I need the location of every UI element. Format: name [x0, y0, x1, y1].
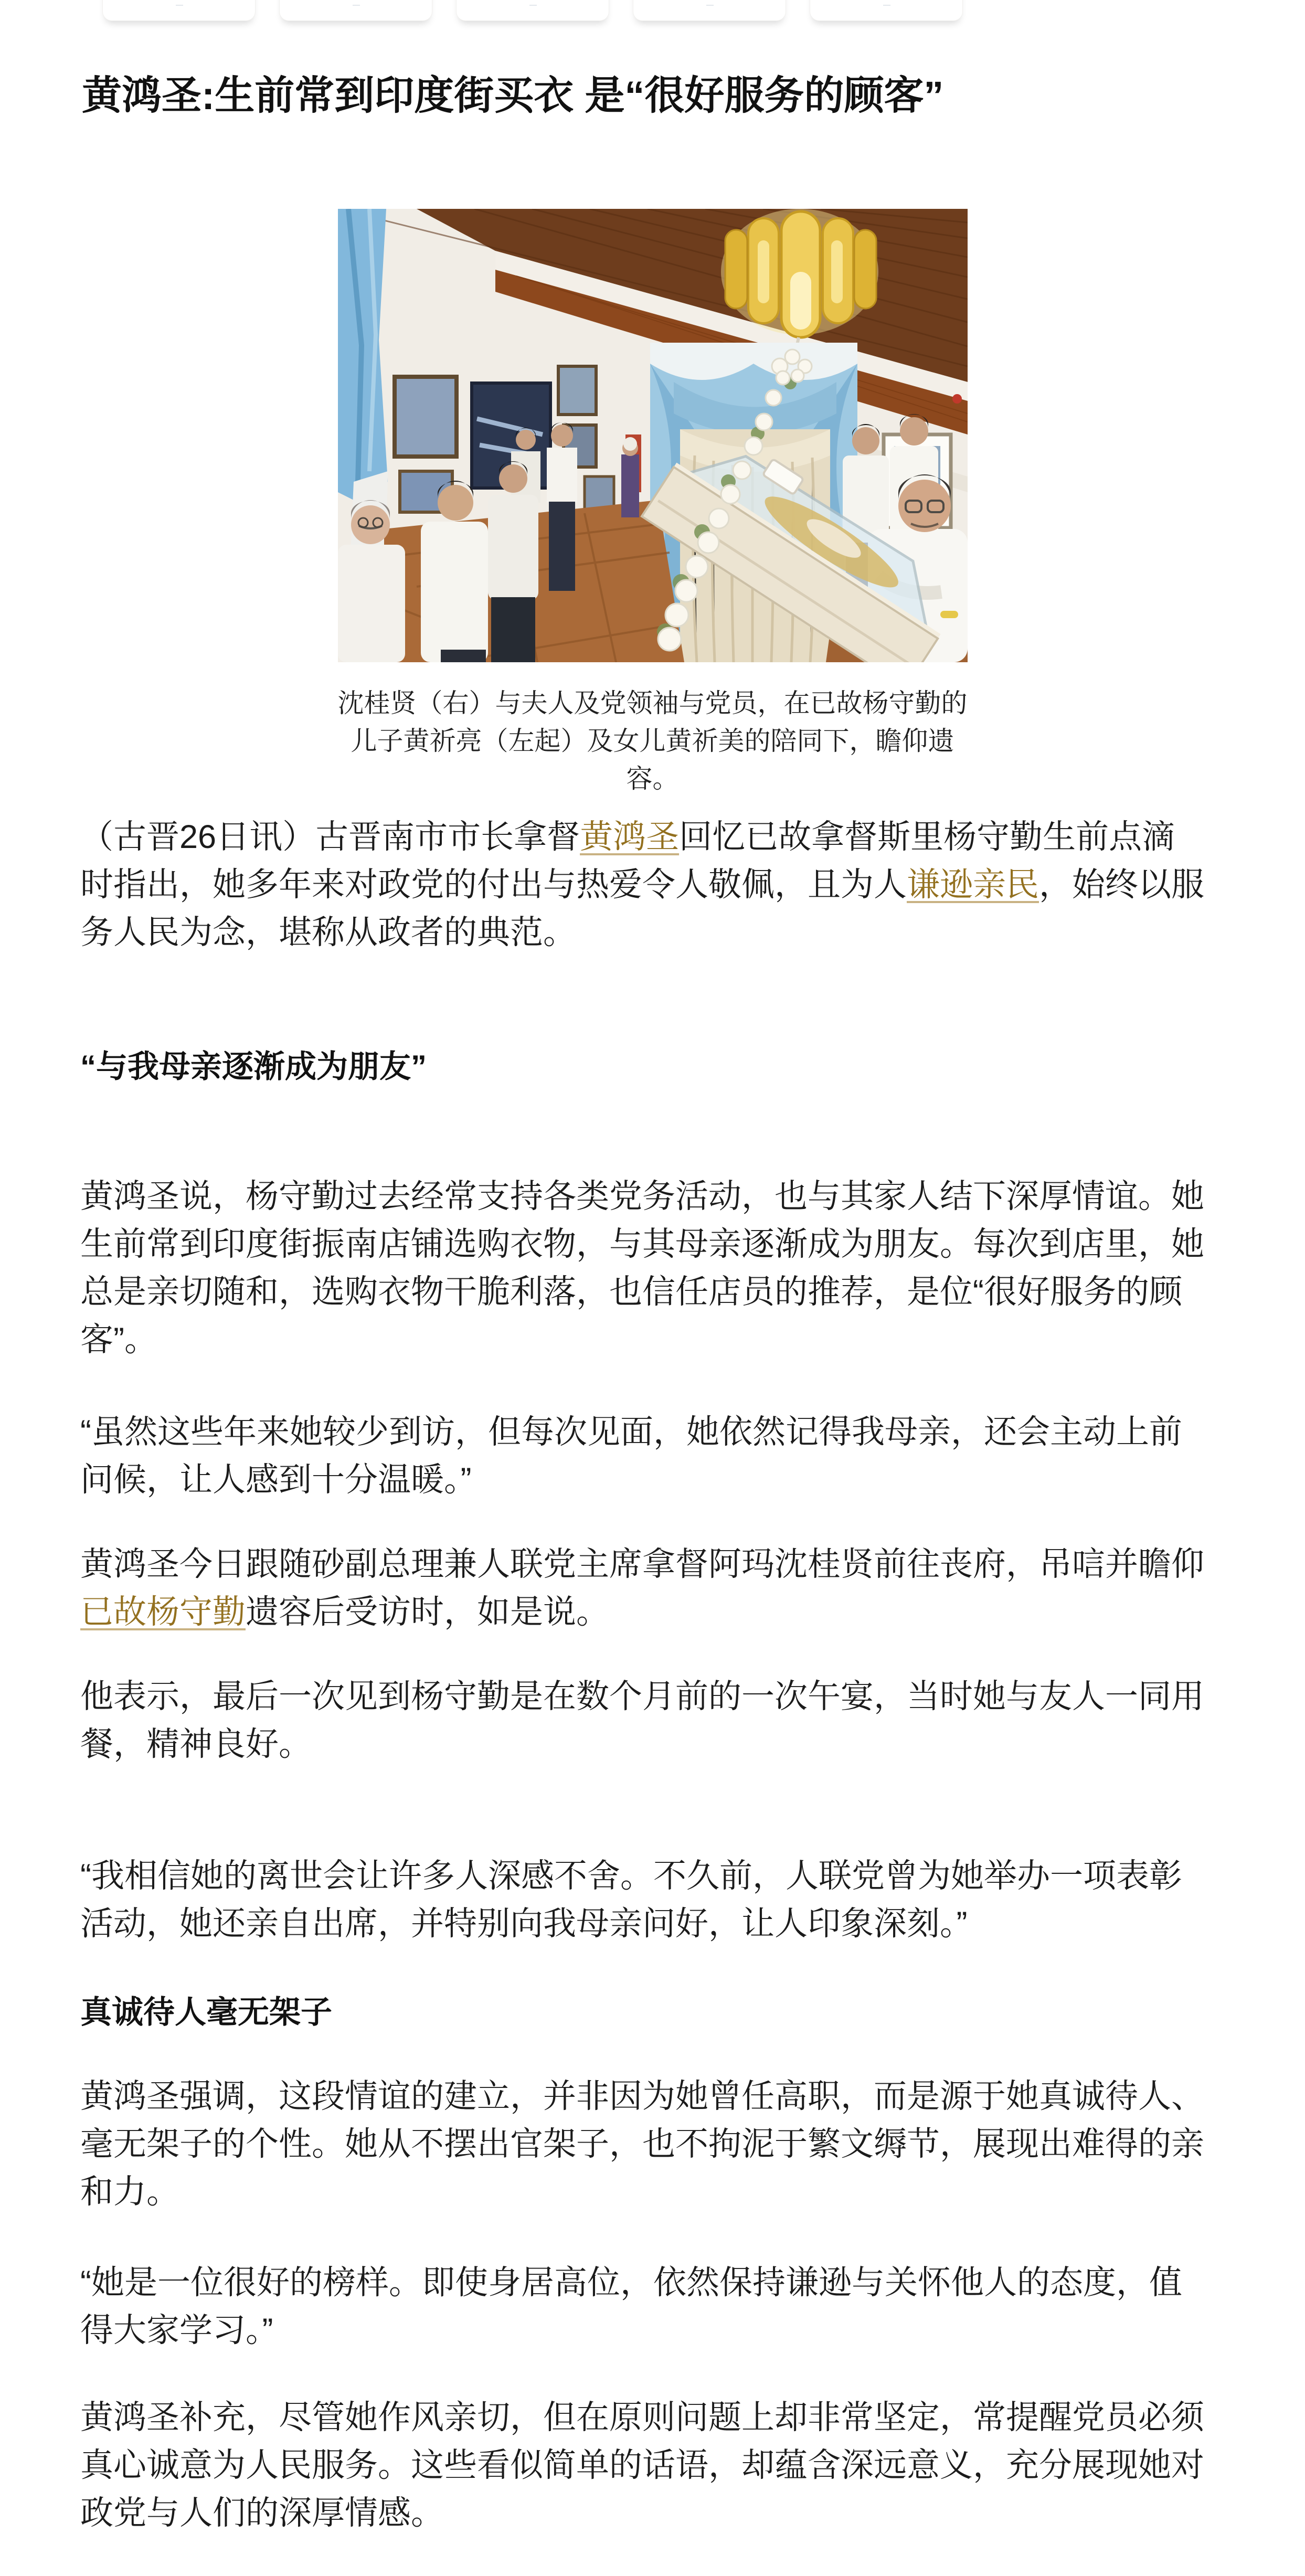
- section-heading-sincere: 真诚待人毫无架子: [80, 1992, 1206, 2032]
- article-paragraph: 黄鸿圣强调，这段情谊的建立，并非因为她曾任高职，而是源于她真诚待人、毫无架子的个…: [80, 2073, 1206, 2216]
- funeral-photo-illustration: [338, 209, 968, 662]
- link-huang-hong-sheng[interactable]: 黄鸿圣: [580, 819, 679, 855]
- top-card[interactable]: [279, 0, 432, 21]
- article-paragraph: 黄鸿圣补充，尽管她作风亲切，但在原则问题上却非常坚定，常提醒党员必须真心诚意为人…: [80, 2394, 1206, 2537]
- link-late-yang-shou-qin[interactable]: 已故杨守勤: [80, 1594, 246, 1630]
- article-paragraph-visit: 黄鸿圣今日跟随砂副总理兼人联党主席拿督阿玛沈桂贤前往丧府，吊唁并瞻仰已故杨守勤遗…: [80, 1541, 1206, 1636]
- section-heading-friend: “与我母亲逐渐成为朋友”: [80, 1047, 1206, 1086]
- top-card[interactable]: [810, 0, 963, 21]
- article-photo: [338, 209, 968, 662]
- link-qianxun-qinmin[interactable]: 谦逊亲民: [907, 866, 1039, 903]
- article-photo-figure: 沈桂贤（右）与夫人及党领袖与党员，在已故杨守勤的儿子黄祈亮（左起）及女儿黄祈美的…: [0, 209, 1305, 798]
- article-paragraph-quote: “她是一位很好的榜样。即使身居高位，依然保持谦逊与关怀他人的态度，值得大家学习。…: [80, 2259, 1206, 2355]
- article-paragraph: 他表示，最后一次见到杨守勤是在数个月前的一次午宴，当时她与友人一同用餐，精神良好…: [80, 1673, 1206, 1768]
- article-paragraph: 黄鸿圣说，杨守勤过去经常支持各类党务活动，也与其家人结下深厚情谊。她生前常到印度…: [80, 1173, 1206, 1364]
- top-card[interactable]: [456, 0, 609, 21]
- photo-caption: 沈桂贤（右）与夫人及党领袖与党员，在已故杨守勤的儿子黄祈亮（左起）及女儿黄祈美的…: [334, 684, 971, 798]
- article-paragraph-quote: “我相信她的离世会让许多人深感不舍。不久前，人联党曾为她举办一项表彰活动，她还亲…: [80, 1852, 1206, 1948]
- article-headline: 黄鸿圣:生前常到印度街买衣 是“很好服务的顾客”: [82, 71, 1226, 121]
- top-card[interactable]: [102, 0, 256, 21]
- article-body: （古晋26日讯）古晋南市市长拿督黄鸿圣回忆已故拿督斯里杨守勤生前点滴时指出，她多…: [80, 813, 1206, 2537]
- paragraph-text: 遗容后受访时，如是说。: [246, 1594, 609, 1630]
- article-paragraph-quote: “虽然这些年来她较少到访，但每次见面，她依然记得我母亲，还会主动上前问候，让人感…: [80, 1408, 1206, 1504]
- article-paragraph-intro: （古晋26日讯）古晋南市市长拿督黄鸿圣回忆已故拿督斯里杨守勤生前点滴时指出，她多…: [80, 813, 1206, 957]
- paragraph-text: （古晋26日讯）古晋南市市长拿督: [80, 819, 580, 855]
- paragraph-text: 黄鸿圣今日跟随砂副总理兼人联党主席拿督阿玛沈桂贤前往丧府，吊唁并瞻仰: [80, 1546, 1204, 1583]
- top-card-row: [0, 0, 1305, 21]
- top-card[interactable]: [633, 0, 786, 21]
